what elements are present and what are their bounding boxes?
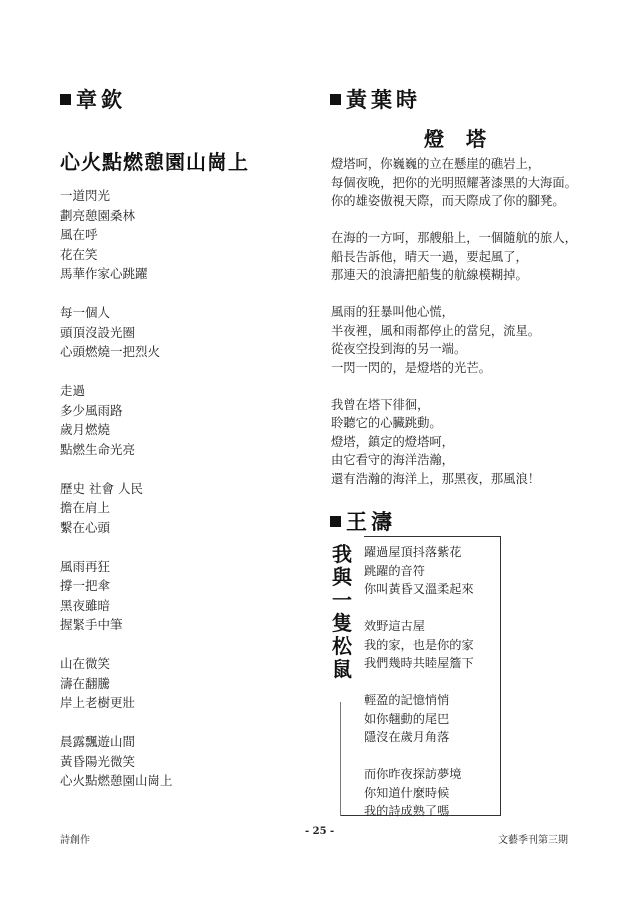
poem-line: 一道閃光 (60, 186, 173, 206)
stanza: 每一個人頭頂沒設光圈心頭燃燒一把烈火 (60, 303, 173, 362)
vertical-title-char: 與 (330, 566, 354, 589)
vertical-title-char: 鼠 (330, 658, 354, 681)
poem-line: 黑夜雖暗 (60, 596, 173, 616)
vertical-title-char: 隻 (330, 612, 354, 635)
right-author-heading-1: 黃葉時 (330, 88, 421, 112)
poem-line: 濤在翻騰 (60, 674, 173, 694)
poem-line: 歷史 社會 人民 (60, 479, 173, 499)
vertical-title-char: 我 (330, 543, 354, 566)
stanza: 一道閃光劃亮憩園桑林風在呼花在笑馬華作家心跳躍 (60, 186, 173, 284)
right-author-name-2: 王濤 (346, 509, 396, 534)
squirrel-poem-vertical-title: 我與一隻松鼠 (330, 543, 354, 681)
poem-line: 歲月燃燒 (60, 420, 173, 440)
poem-line: 而你昨夜探訪夢境 (364, 765, 474, 784)
left-author-name: 章欽 (76, 87, 126, 112)
left-poem-body: 一道閃光劃亮憩園桑林風在呼花在笑馬華作家心跳躍每一個人頭頂沒設光圈心頭燃燒一把烈… (60, 186, 173, 791)
poem-box-right-border (500, 536, 501, 816)
stanza: 躍過屋頂抖落紫花跳躍的音符你叫黃昏又溫柔起來 (364, 543, 474, 599)
poem-line: 我的家，也是你的家 (364, 636, 474, 655)
poem-line: 在海的一方呵，那艘船上，一個隨航的旅人， (331, 229, 577, 248)
poem-line: 我們幾時共睦屋簷下 (364, 654, 474, 673)
stanza: 風雨的狂暴叫他心慌，半夜裡，風和雨都停止的當兒，流星。從夜空投到海的另一端。一閃… (331, 303, 577, 377)
poem-line: 你叫黃昏又溫柔起來 (364, 580, 474, 599)
poem-line: 走過 (60, 381, 173, 401)
poem-line: 心火點燃憩園山崗上 (60, 771, 173, 791)
poem-line: 岸上老樹更壯 (60, 693, 173, 713)
poem-line: 那連天的浪濤把船隻的航線模糊掉。 (331, 266, 577, 285)
poem-line: 從夜空投到海的另一端。 (331, 340, 577, 359)
square-bullet-icon (330, 94, 341, 105)
poem-line: 由它看守的海洋浩瀚， (331, 451, 577, 470)
lighthouse-poem-title: 燈塔 (424, 123, 508, 152)
poem-line: 山在微笑 (60, 654, 173, 674)
stanza: 而你昨夜探訪夢境你知道什麼時候我的詩成熟了嗎 (364, 765, 474, 821)
poem-line: 握緊手中筆 (60, 615, 173, 635)
stanza: 山在微笑濤在翻騰岸上老樹更壯 (60, 654, 173, 713)
poem-line: 效野這古屋 (364, 617, 474, 636)
stanza: 晨露飄遊山間黃昏陽光微笑心火點燃憩園山崗上 (60, 732, 173, 791)
vertical-title-char: 松 (330, 635, 354, 658)
squirrel-poem-body: 躍過屋頂抖落紫花跳躍的音符你叫黃昏又溫柔起來效野這古屋我的家，也是你的家我們幾時… (364, 543, 474, 839)
poem-line: 跳躍的音符 (364, 562, 474, 581)
right-author-name-1: 黃葉時 (346, 87, 421, 112)
poem-line: 我曾在塔下徘徊， (331, 396, 577, 415)
poem-line: 如你翹動的尾巴 (364, 710, 474, 729)
poem-line: 躍過屋頂抖落紫花 (364, 543, 474, 562)
poem-line: 擔在肩上 (60, 498, 173, 518)
poem-box-top-border (364, 536, 501, 537)
poem-line: 馬華作家心跳躍 (60, 264, 173, 284)
poem-line: 船長告訴他，晴天一過，要起風了， (331, 248, 577, 267)
square-bullet-icon (330, 516, 341, 527)
poem-line: 晨露飄遊山間 (60, 732, 173, 752)
stanza: 效野這古屋我的家，也是你的家我們幾時共睦屋簷下 (364, 617, 474, 673)
poem-line: 一閃一閃的，是燈塔的光芒。 (331, 359, 577, 378)
poem-line: 風雨的狂暴叫他心慌， (331, 303, 577, 322)
poem-line: 風在呼 (60, 225, 173, 245)
poem-line: 撐一把傘 (60, 576, 173, 596)
poem-line: 你知道什麼時候 (364, 784, 474, 803)
poem-line: 點燃生命光亮 (60, 440, 173, 460)
footer-publication-label: 文藝季刊第三期 (498, 831, 568, 846)
poem-line: 每個夜晚，把你的光明照耀著漆黑的大海面。 (331, 174, 577, 193)
square-bullet-icon (60, 94, 71, 105)
page-number: - 25 - (305, 826, 334, 837)
left-poem-title: 心火點燃憩園山崗上 (60, 146, 249, 175)
poem-line: 你的雄姿傲視天際，而天際成了你的腳凳。 (331, 192, 577, 211)
stanza: 我曾在塔下徘徊，聆聽它的心臟跳動。燈塔，鎮定的燈塔呵，由它看守的海洋浩瀚，還有浩… (331, 396, 577, 489)
poem-line: 我的詩成熟了嗎 (364, 802, 474, 821)
lighthouse-poem-body: 燈塔呵，你巍巍的立在懸崖的礁岩上，每個夜晚，把你的光明照耀著漆黑的大海面。你的雄… (331, 155, 577, 507)
poem-line: 心頭燃燒一把烈火 (60, 342, 173, 362)
poem-line: 多少風雨路 (60, 401, 173, 421)
vertical-title-char: 一 (330, 589, 354, 612)
right-author-heading-2: 王濤 (330, 510, 396, 534)
poem-line: 隱沒在歲月角落 (364, 728, 474, 747)
stanza: 燈塔呵，你巍巍的立在懸崖的礁岩上，每個夜晚，把你的光明照耀著漆黑的大海面。你的雄… (331, 155, 577, 211)
poem-line: 頭頂沒設光圈 (60, 323, 173, 343)
stanza: 輕盈的記憶悄悄如你翹動的尾巴隱沒在歲月角落 (364, 691, 474, 747)
poem-line: 聆聽它的心臟跳動。 (331, 414, 577, 433)
poem-line: 黃昏陽光微笑 (60, 752, 173, 772)
poem-box-left-border (340, 702, 341, 816)
stanza: 走過多少風雨路歲月燃燒點燃生命光亮 (60, 381, 173, 459)
stanza: 歷史 社會 人民擔在肩上繫在心頭 (60, 479, 173, 538)
poem-line: 還有浩瀚的海洋上，那黑夜，那風浪！ (331, 470, 577, 489)
poem-line: 半夜裡，風和雨都停止的當兒，流星。 (331, 322, 577, 341)
poem-line: 風雨再狂 (60, 557, 173, 577)
poem-line: 燈塔，鎮定的燈塔呵， (331, 433, 577, 452)
poem-line: 繫在心頭 (60, 518, 173, 538)
poem-line: 花在笑 (60, 245, 173, 265)
stanza: 在海的一方呵，那艘船上，一個隨航的旅人，船長告訴他，晴天一過，要起風了，那連天的… (331, 229, 577, 285)
stanza: 風雨再狂撐一把傘黑夜雖暗握緊手中筆 (60, 557, 173, 635)
poem-line: 劃亮憩園桑林 (60, 206, 173, 226)
poem-line: 燈塔呵，你巍巍的立在懸崖的礁岩上， (331, 155, 577, 174)
poem-line: 每一個人 (60, 303, 173, 323)
footer-section-label: 詩創作 (60, 831, 90, 846)
left-author-heading: 章欽 (60, 88, 126, 112)
poem-line: 輕盈的記憶悄悄 (364, 691, 474, 710)
